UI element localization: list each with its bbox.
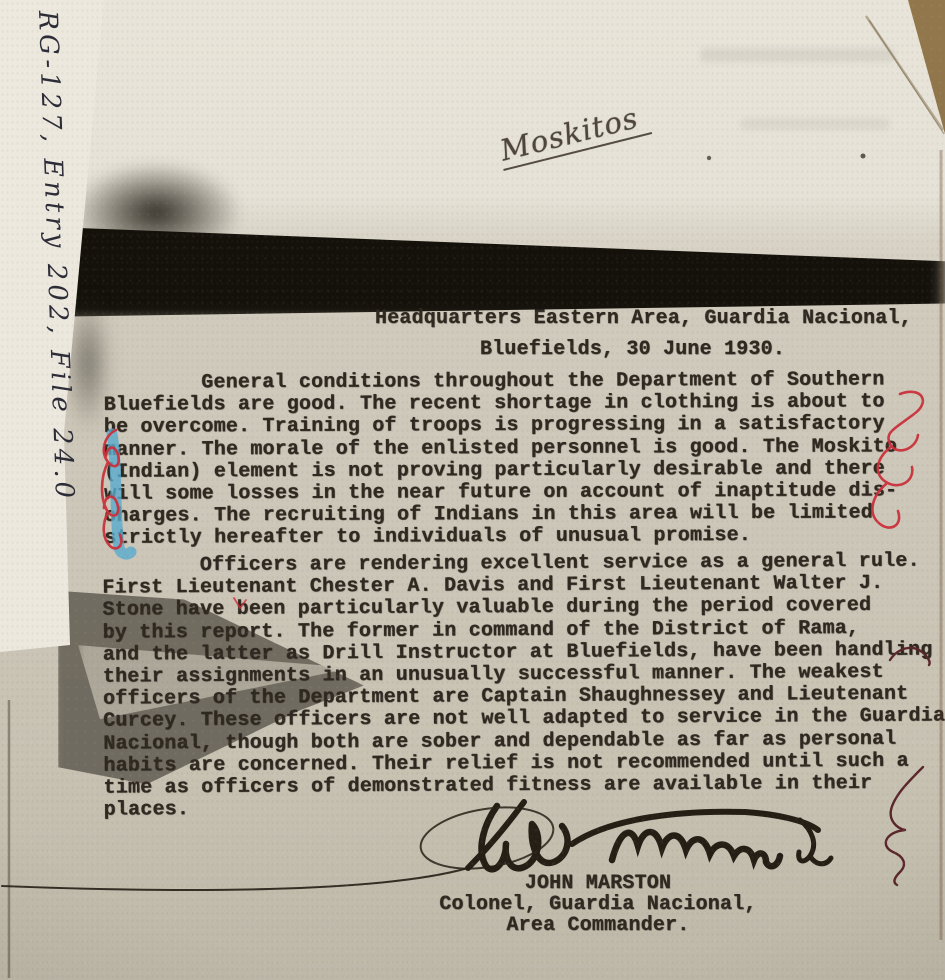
- paragraph-1: General conditions throughout the Depart…: [104, 369, 898, 550]
- typed-line: JOHN MARSTON: [418, 873, 778, 894]
- signature-block: JOHN MARSTONColonel, Guardia Nacional,Ar…: [418, 873, 778, 936]
- letter-header-line2: Bluefields, 30 June 1930.: [480, 339, 785, 361]
- scanned-letter-photo: RG-127, Entry 202, File 24.0 Moskitos He…: [0, 0, 945, 980]
- typed-line: strictly hereafter to individuals of unu…: [104, 525, 897, 551]
- typed-line: Area Commander.: [418, 915, 778, 936]
- letter-header-line1: Headquarters Eastern Area, Guardia Nacio…: [375, 308, 912, 330]
- ink-bleedthrough: [740, 118, 890, 130]
- paragraph-2: Officers are rendering excellent service…: [102, 550, 945, 822]
- ink-bleedthrough: [700, 48, 895, 62]
- typed-line: Colonel, Guardia Nacional,: [418, 894, 778, 915]
